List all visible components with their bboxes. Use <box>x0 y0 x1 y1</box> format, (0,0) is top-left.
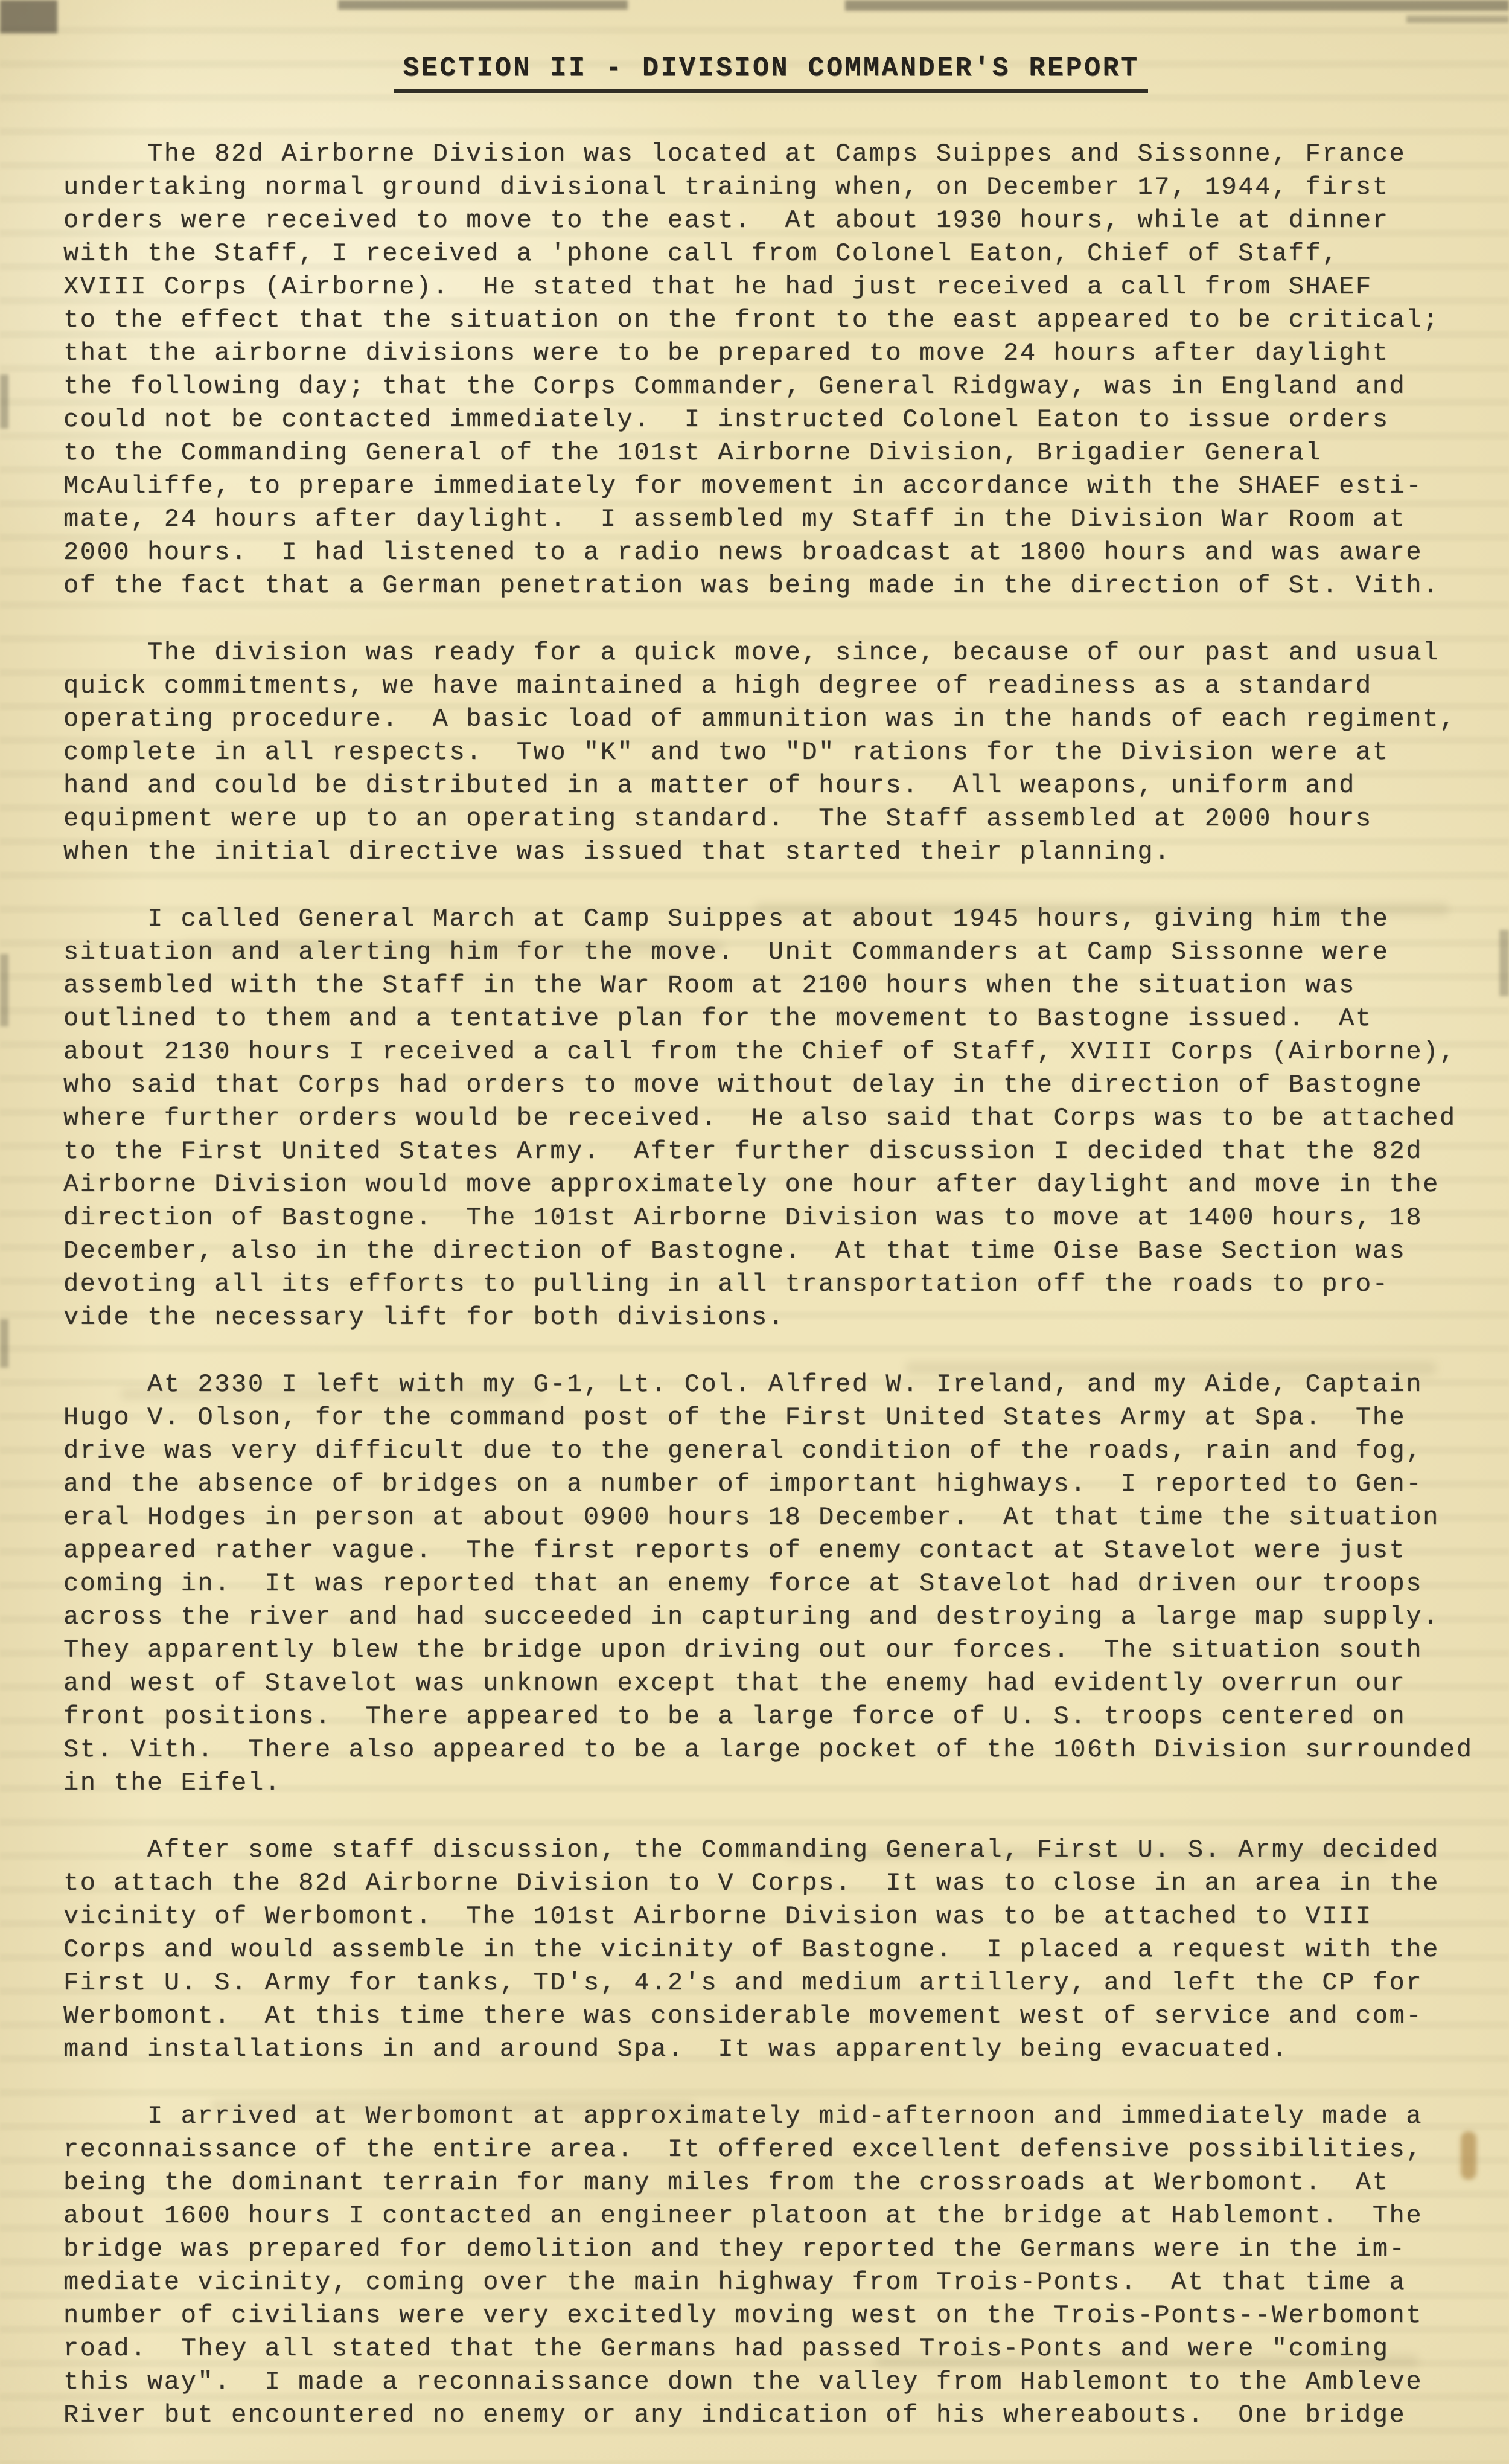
left-edge-scan-mark <box>0 1319 8 1368</box>
left-edge-scan-mark <box>0 374 8 429</box>
scanned-report-page: { "style": { "paper_color": "#f0e5ba", "… <box>0 0 1509 2464</box>
paragraph: After some staff discussion, the Command… <box>63 1834 1479 2066</box>
report-document: SECTION II - DIVISION COMMANDER'S REPORT… <box>63 53 1479 2432</box>
document-body: The 82d Airborne Division was located at… <box>63 138 1479 2432</box>
left-edge-scan-mark <box>0 954 8 1026</box>
paragraph: I arrived at Werbomont at approximately … <box>63 2100 1479 2432</box>
top-edge-scan-mark <box>338 0 628 10</box>
right-edge-scan-mark <box>1499 930 1509 996</box>
top-edge-scan-mark <box>845 0 1509 11</box>
paragraph: I called General March at Camp Suippes a… <box>63 903 1479 1334</box>
section-heading: SECTION II - DIVISION COMMANDER'S REPORT <box>394 53 1147 93</box>
paragraph: At 2330 I left with my G-1, Lt. Col. Alf… <box>63 1368 1479 1800</box>
top-edge-scan-mark <box>1406 16 1509 23</box>
heading-row: SECTION II - DIVISION COMMANDER'S REPORT <box>63 53 1479 93</box>
top-left-corner-mark <box>0 0 57 33</box>
paragraph: The division was ready for a quick move,… <box>63 636 1479 869</box>
paragraph: The 82d Airborne Division was located at… <box>63 138 1479 603</box>
